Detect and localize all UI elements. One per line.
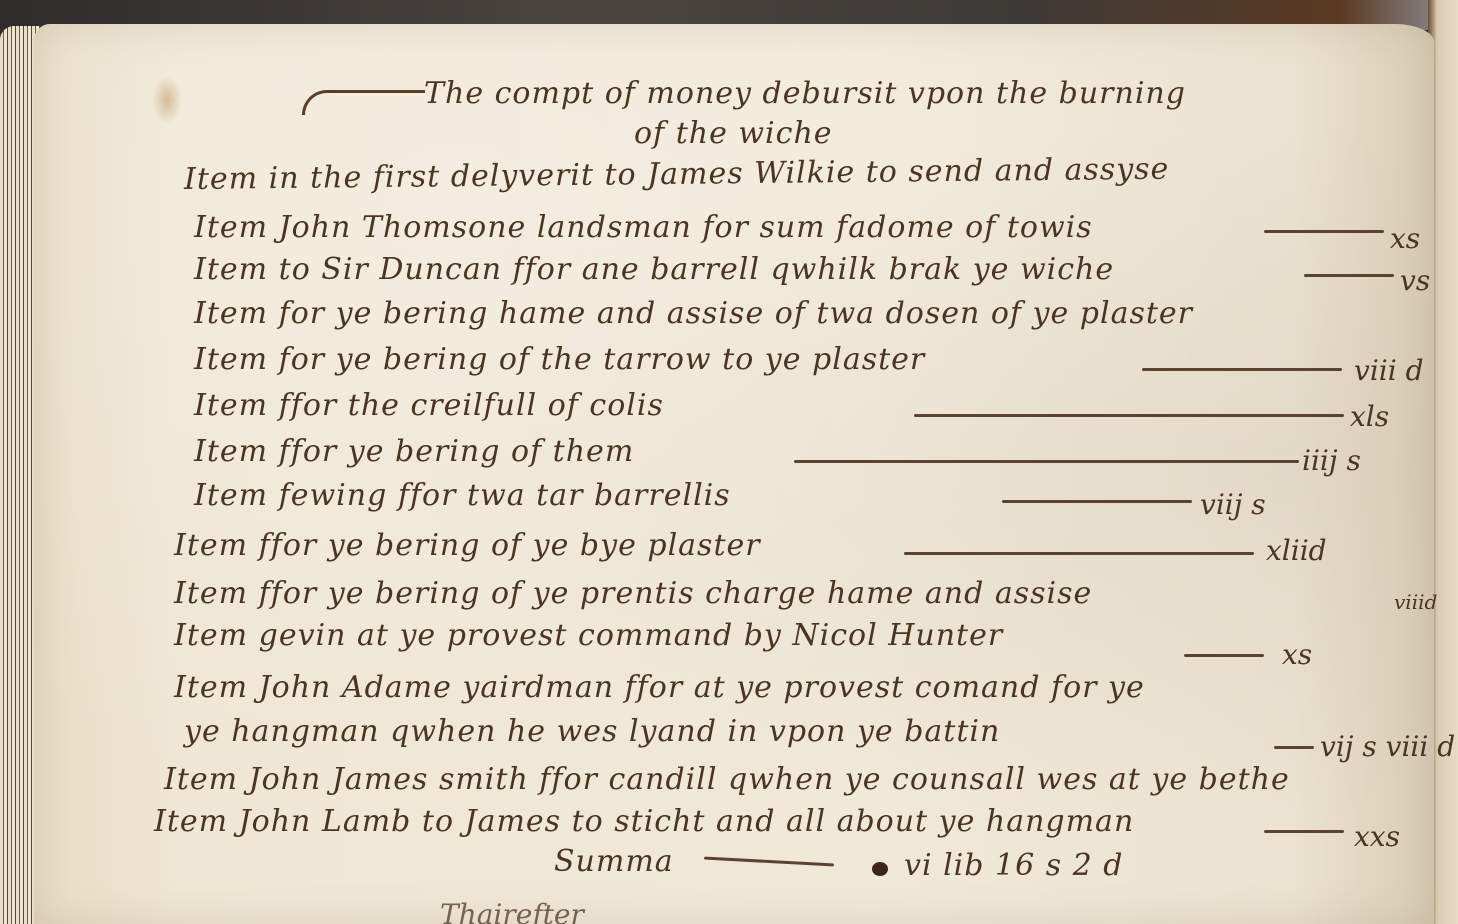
rule-9 bbox=[904, 552, 1254, 555]
amount-3: vs bbox=[1400, 264, 1430, 297]
ink-blot bbox=[872, 862, 888, 876]
summa-rule bbox=[704, 857, 834, 867]
heading-flourish bbox=[302, 90, 425, 115]
entry-6: Item ffor the creilfull of colis bbox=[194, 388, 664, 423]
entry-2: Item John Thomsone landsman for sum fado… bbox=[194, 210, 1093, 245]
amount-7: iiij s bbox=[1302, 444, 1361, 477]
entry-15: Item John Lamb to James to sticht and al… bbox=[154, 804, 1134, 839]
rule-3 bbox=[1304, 274, 1394, 277]
summa-label: Summa bbox=[554, 844, 674, 879]
entry-1: Item in the first delyverit to James Wil… bbox=[184, 152, 1170, 197]
entry-7: Item ffor ye bering of them bbox=[194, 434, 634, 469]
amount-8: viij s bbox=[1200, 488, 1266, 521]
heading-line-1: The compt of money debursit vpon the bur… bbox=[424, 76, 1186, 111]
next-line-fragment: Thairefter bbox=[440, 898, 584, 924]
amount-13: vij s viii d bbox=[1320, 730, 1455, 763]
entry-13: ye hangman qwhen he wes lyand in vpon ye… bbox=[184, 714, 1000, 749]
amount-10: viiid bbox=[1394, 590, 1437, 614]
entry-4: Item for ye bering hame and assise of tw… bbox=[194, 296, 1193, 331]
rule-8 bbox=[1002, 500, 1192, 503]
amount-5: viii d bbox=[1354, 354, 1424, 387]
entry-12: Item John Adame yairdman ffor at ye prov… bbox=[174, 670, 1145, 705]
rule-11 bbox=[1184, 654, 1264, 657]
entry-11: Item gevin at ye provest command by Nico… bbox=[174, 618, 1003, 653]
manuscript-page: The compt of money debursit vpon the bur… bbox=[34, 24, 1434, 924]
summa-total: vi lib 16 s 2 d bbox=[904, 848, 1123, 883]
heading-line-2: of the wiche bbox=[634, 116, 833, 151]
amount-15: xxs bbox=[1354, 820, 1400, 853]
entry-10: Item ffor ye bering of ye prentis charge… bbox=[174, 576, 1092, 611]
entry-9: Item ffor ye bering of ye bye plaster bbox=[174, 528, 761, 563]
entry-5: Item for ye bering of the tarrow to ye p… bbox=[194, 342, 925, 377]
amount-9: xliid bbox=[1266, 534, 1327, 567]
entry-8: Item fewing ffor twa tar barrellis bbox=[194, 478, 731, 513]
entry-3: Item to Sir Duncan ffor ane barrell qwhi… bbox=[194, 252, 1114, 287]
rule-15 bbox=[1264, 830, 1344, 833]
manuscript-scan: The compt of money debursit vpon the bur… bbox=[0, 0, 1458, 924]
amount-6: xls bbox=[1350, 400, 1389, 433]
entry-14: Item John James smith ffor candill qwhen… bbox=[164, 762, 1290, 797]
amount-2: xs bbox=[1390, 222, 1420, 255]
rule-6 bbox=[914, 414, 1344, 417]
rule-2 bbox=[1264, 230, 1384, 233]
paper-stain bbox=[152, 76, 182, 124]
rule-7 bbox=[794, 460, 1299, 463]
amount-11: xs bbox=[1282, 638, 1312, 671]
rule-5 bbox=[1142, 368, 1342, 371]
rule-13 bbox=[1274, 746, 1314, 749]
